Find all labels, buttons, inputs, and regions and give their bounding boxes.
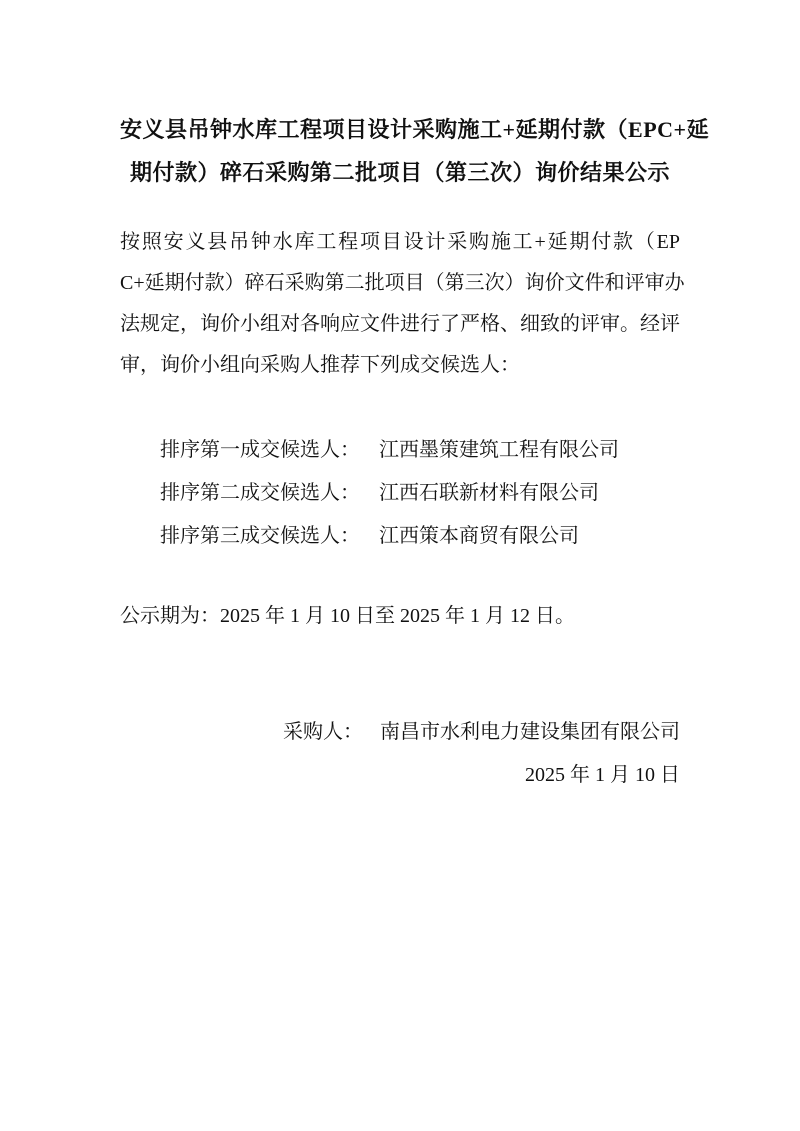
candidate-rank-label: 排序第一成交候选人： xyxy=(160,439,360,461)
candidate-rank-label: 排序第二成交候选人： xyxy=(160,482,360,504)
document-page: 安义县吊钟水库工程项目设计采购施工+延期付款（EPC+延 期付款）碎石采购第二批… xyxy=(0,0,800,1131)
buyer-line: 采购人：南昌市水利电力建设集团有限公司 xyxy=(120,711,680,754)
candidate-rank-label: 排序第三成交候选人： xyxy=(160,525,360,547)
document-title: 安义县吊钟水库工程项目设计采购施工+延期付款（EPC+延 期付款）碎石采购第二批… xyxy=(120,108,680,194)
notice-period-line: 公示期为：2025 年 1 月 10 日至 2025 年 1 月 12 日。 xyxy=(120,596,680,637)
candidate-company-name: 江西策本商贸有限公司 xyxy=(379,525,579,547)
body-paragraph-line: C+延期付款）碎石采购第二批项目（第三次）询价文件和评审办 xyxy=(120,263,680,304)
body-paragraph-line: 按照安义县吊钟水库工程项目设计采购施工+延期付款（EP xyxy=(120,222,680,263)
document-title-line: 安义县吊钟水库工程项目设计采购施工+延期付款（EPC+延 xyxy=(120,108,680,151)
signature-block: 采购人：南昌市水利电力建设集团有限公司 2025 年 1 月 10 日 xyxy=(120,711,680,797)
body-paragraph: 按照安义县吊钟水库工程项目设计采购施工+延期付款（EP C+延期付款）碎石采购第… xyxy=(120,222,680,386)
candidate-list: 排序第一成交候选人：江西墨策建筑工程有限公司 排序第二成交候选人：江西石联新材料… xyxy=(120,429,680,558)
announcement-date: 2025 年 1 月 10 日 xyxy=(120,754,680,797)
buyer-name: 南昌市水利电力建设集团有限公司 xyxy=(380,721,680,743)
candidate-row: 排序第一成交候选人：江西墨策建筑工程有限公司 xyxy=(120,429,680,472)
buyer-label: 采购人： xyxy=(283,721,363,743)
candidate-row: 排序第二成交候选人：江西石联新材料有限公司 xyxy=(120,472,680,515)
candidate-company-name: 江西石联新材料有限公司 xyxy=(379,482,599,504)
body-paragraph-line: 审，询价小组向采购人推荐下列成交候选人： xyxy=(120,345,680,386)
document-title-line: 期付款）碎石采购第二批项目（第三次）询价结果公示 xyxy=(120,151,680,194)
candidate-row: 排序第三成交候选人：江西策本商贸有限公司 xyxy=(120,515,680,558)
candidate-company-name: 江西墨策建筑工程有限公司 xyxy=(379,439,619,461)
document-content: 安义县吊钟水库工程项目设计采购施工+延期付款（EPC+延 期付款）碎石采购第二批… xyxy=(120,0,680,1131)
body-paragraph-line: 法规定，询价小组对各响应文件进行了严格、细致的评审。经评 xyxy=(120,304,680,345)
